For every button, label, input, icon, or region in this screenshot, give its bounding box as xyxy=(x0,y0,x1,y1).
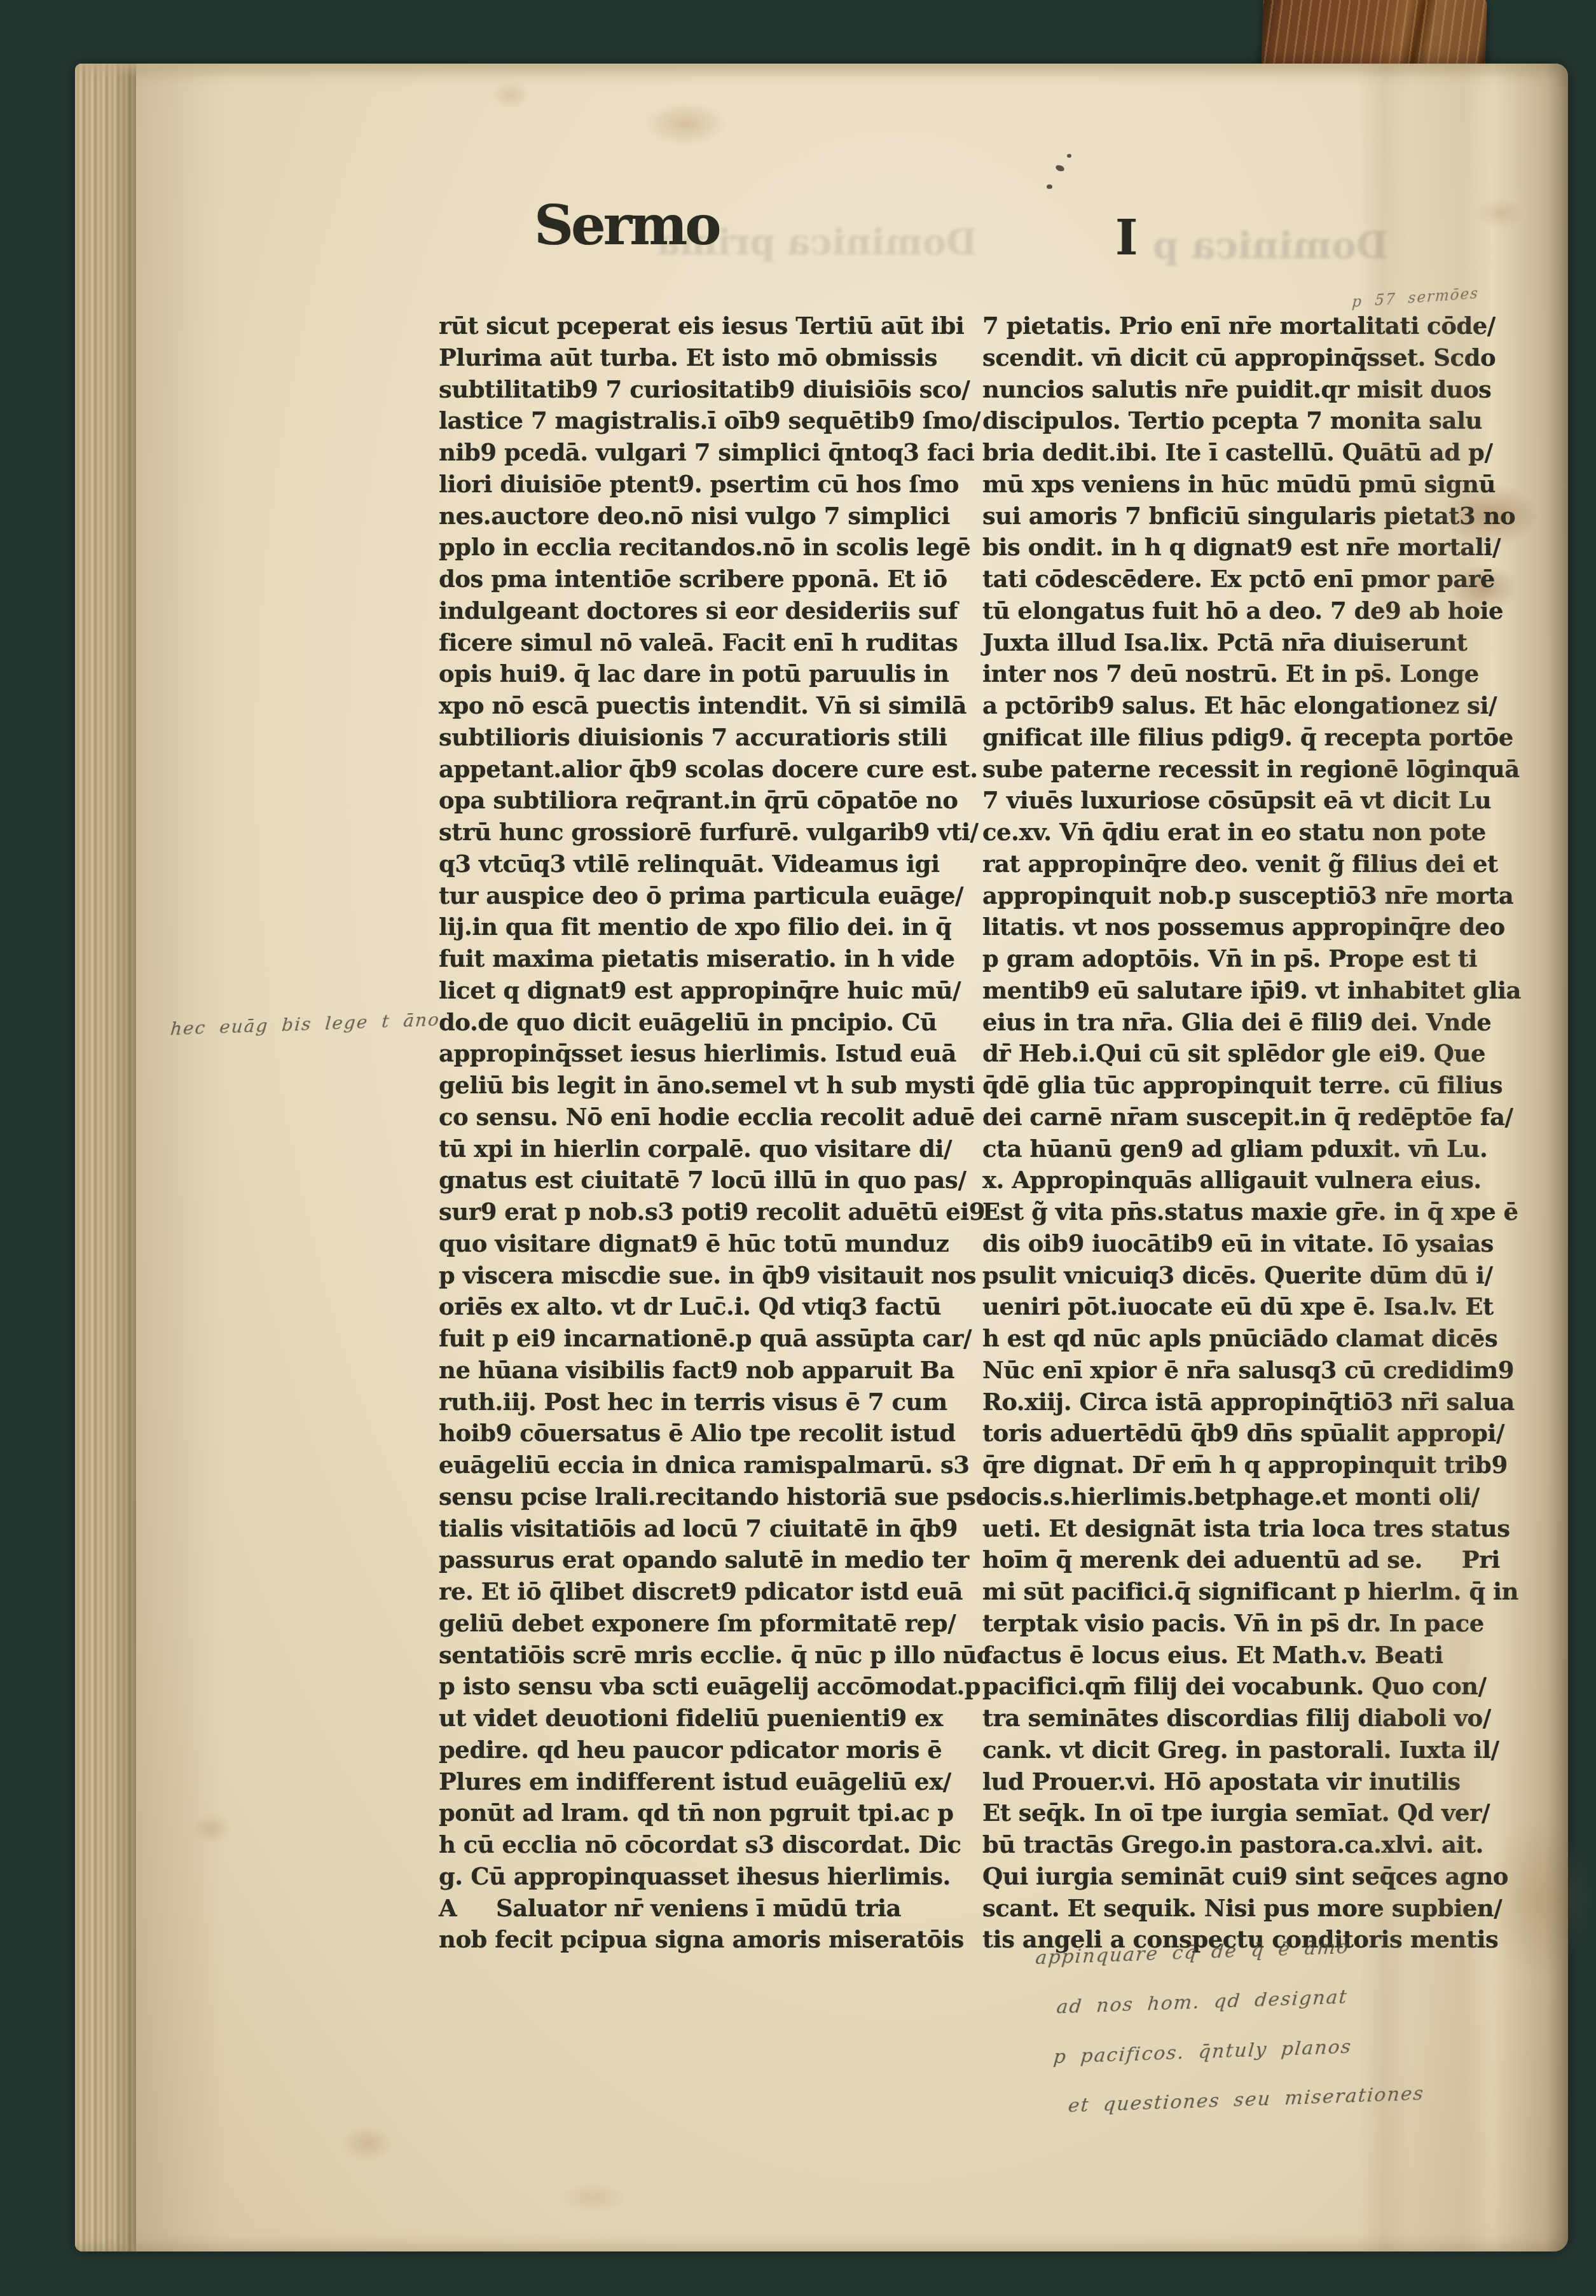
print-line: nob fecit pcipua signa amoris miseratōis xyxy=(439,1924,991,1956)
print-line: do.de quo dicit euāgeliū in pncipio. Cū xyxy=(439,1007,991,1039)
ink-speck xyxy=(1047,184,1052,189)
ink-speck xyxy=(1067,154,1071,158)
print-line: re. Et iō q̄libet discret9 pdicator istd… xyxy=(439,1576,991,1608)
print-line: fuit p ei9 incarnationē.p quā assūpta ca… xyxy=(439,1323,991,1355)
print-line: p viscera miscdie sue. in q̄b9 visitauit… xyxy=(439,1260,991,1292)
text-column-left: rūt sicut pceperat eis iesus Tertiū aūt … xyxy=(439,310,991,1956)
print-line: xpo nō escā puectis intendit. Vn̄ si sim… xyxy=(439,690,991,722)
print-line: Plures em indifferent istud euāgeliū ex/ xyxy=(439,1766,991,1798)
book-page: Dominica prima Dominica p Sermo I rūt si… xyxy=(75,64,1568,2251)
print-line: pplo in ecclia recitandos.nō in scolis l… xyxy=(439,532,991,564)
print-line: subtilitatib9 7 curiositatib9 diuisiōis … xyxy=(439,374,991,406)
print-line: licet q dignat9 est appropinq̄re huic mū… xyxy=(439,975,991,1007)
print-line: g. Cū appropinquasset ihesus hierlimis. xyxy=(439,1861,991,1893)
print-line: tū xpi in hierlin corpalē. quo visitare … xyxy=(439,1133,991,1165)
print-line: tur auspice deo ō prima particula euāge/ xyxy=(439,880,991,912)
print-line: indulgeant doctores si eor desideriis su… xyxy=(439,595,991,627)
print-line: nes.auctore deo.nō nisi vulgo 7 simplici xyxy=(439,501,991,532)
print-line: passurus erat opando salutē in medio ter xyxy=(439,1544,991,1576)
print-line: gnatus est ciuitatē 7 locū illū in quo p… xyxy=(439,1165,991,1196)
foxing-stain xyxy=(546,2175,641,2220)
print-line: sentatiōis scrē mris ecclie. q̄ nūc p il… xyxy=(439,1640,991,1671)
print-line: p isto sensu vba scti euāgelij accōmodat… xyxy=(439,1671,991,1703)
print-line: strū hunc grossiorē furfurē. vulgarib9 v… xyxy=(439,817,991,848)
print-line: ut videt deuotioni fideliū puenienti9 ex xyxy=(439,1703,991,1734)
print-line: fuit maxima pietatis miseratio. in h vid… xyxy=(439,943,991,975)
print-line: rūt sicut pceperat eis iesus Tertiū aūt … xyxy=(439,310,991,342)
print-line: A Saluator nr̄ veniens ī mūdū tria xyxy=(439,1893,991,1925)
set-off-ghost-text: Dominica p xyxy=(1153,224,1388,267)
print-line: geliū debet exponere ſm pformitatē rep/ xyxy=(439,1608,991,1640)
print-line: opis hui9. q̄ lac dare in potū paruulis … xyxy=(439,658,991,690)
gutter-shadow xyxy=(136,64,225,2251)
foxing-stain xyxy=(625,92,746,156)
page-edges-stack xyxy=(75,64,136,2251)
print-line: ponūt ad lram. qd tn̄ non pgruit tpi.ac … xyxy=(439,1797,991,1829)
page-top-edge xyxy=(75,64,1568,78)
print-line: Plurima aūt turba. Et isto mō obmissis xyxy=(439,342,991,374)
foxing-stain xyxy=(482,76,539,114)
foxing-stain xyxy=(329,2118,406,2169)
print-line: lastice 7 magistralis.ī oīb9 sequētib9 ſ… xyxy=(439,405,991,437)
print-line: lij.in qua fit mentio de xpo filio dei. … xyxy=(439,911,991,943)
print-line: nib9 pcedā. vulgari 7 simplici q̄ntoq3 f… xyxy=(439,437,991,469)
print-line: liori diuisiōe ptent9. psertim cū hos ſm… xyxy=(439,469,991,501)
print-line: pedire. qd heu paucor pdicator moris ē xyxy=(439,1734,991,1766)
ink-speck xyxy=(1055,164,1065,172)
print-line: appropinq̄sset iesus hierlimis. Istud eu… xyxy=(439,1038,991,1070)
running-title: Sermo xyxy=(534,198,719,253)
print-line: ficere simul nō valeā. Facit enī h rudit… xyxy=(439,627,991,659)
print-line: ruth.iij. Post hec in terris visus ē 7 c… xyxy=(439,1387,991,1418)
print-line: geliū bis legit in āno.semel vt h sub my… xyxy=(439,1070,991,1102)
print-line: hoib9 cōuersatus ē Alio tpe recolit istu… xyxy=(439,1418,991,1449)
print-line: oriēs ex alto. vt dr Luc̄.i. Qd vtiq3 fa… xyxy=(439,1291,991,1323)
print-line: sensu pcise lrali.recitando historiā sue… xyxy=(439,1481,991,1513)
print-line: tialis visitatiōis ad locū 7 ciuitatē in… xyxy=(439,1513,991,1545)
print-line: opa subtiliora req̄rant.in q̄rū cōpatōe … xyxy=(439,785,991,817)
page-fold-shadow xyxy=(1358,64,1409,2251)
print-line: ne hūana visibilis fact9 nob apparuit Ba xyxy=(439,1355,991,1387)
print-line: euāgeliū eccia in dnica ramispalmarū. s3 xyxy=(439,1449,991,1481)
print-line: h cū ecclia nō cōcordat s3 discordat. Di… xyxy=(439,1829,991,1861)
photo-of-open-book: Dominica prima Dominica p Sermo I rūt si… xyxy=(0,0,1596,2296)
print-line: appetant.alior q̄b9 scolas docere cure e… xyxy=(439,754,991,785)
sermon-numeral: I xyxy=(1115,214,1138,262)
print-line: subtilioris diuisionis 7 accuratioris st… xyxy=(439,722,991,754)
print-line: sur9 erat p nob.s3 poti9 recolit aduētū … xyxy=(439,1196,991,1228)
print-line: co sensu. Nō enī hodie ecclia recolit ad… xyxy=(439,1102,991,1133)
print-line: quo visitare dignat9 ē hūc totū munduz xyxy=(439,1228,991,1260)
print-line: dos pma intentiōe scribere pponā. Et iō xyxy=(439,564,991,595)
print-line: q3 vtcūq3 vtilē relinquāt. Videamus igi xyxy=(439,848,991,880)
